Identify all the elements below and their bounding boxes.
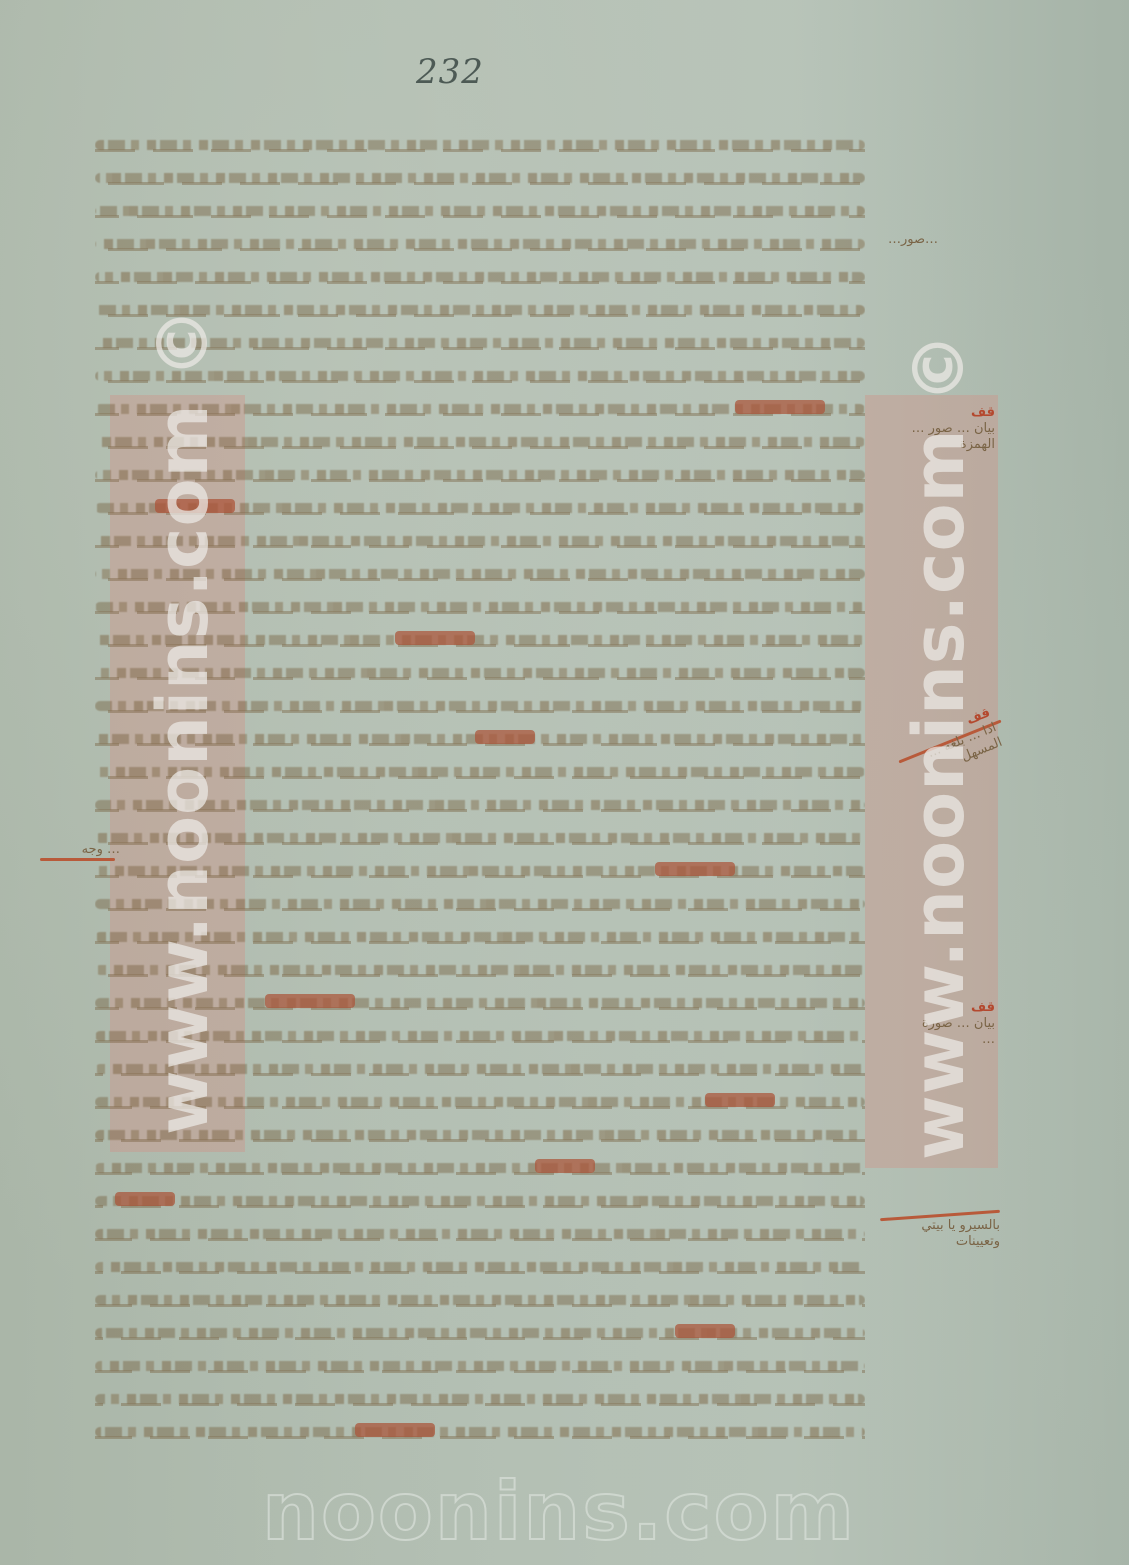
margin-note-text: بالسيرو يا بيتي وتعيينات [885,1218,1000,1250]
watermark-left: www.noonins.com © [142,307,224,1135]
manuscript-line [95,128,865,161]
manuscript-line [95,227,865,260]
margin-stroke [40,858,115,861]
manuscript-line [95,1283,865,1316]
margin-note-text: …صور… [888,232,938,247]
watermark-right: www.noonins.com © [898,332,980,1160]
manuscript-line [95,1349,865,1382]
rubricated-word [705,1093,775,1107]
rubricated-word [735,400,825,414]
rubricated-word [265,994,355,1008]
rubricated-word [395,631,475,645]
margin-note-1: …صور… [888,232,938,248]
manuscript-line [95,1316,865,1349]
rubricated-word [355,1423,435,1437]
manuscript-line [95,194,865,227]
manuscript-line [95,161,865,194]
manuscript-line [95,1382,865,1415]
rubricated-word [115,1192,175,1206]
rubricated-word [675,1324,735,1338]
manuscript-line [95,1250,865,1283]
manuscript-line [95,1151,865,1184]
rubricated-word [475,730,535,744]
margin-note-text: … وجه [82,842,120,857]
rubricated-word [535,1159,595,1173]
page-number: 232 [416,52,484,92]
rubricated-word [655,862,735,876]
manuscript-line [95,1415,865,1448]
watermark-bottom: noonins.com [262,1465,856,1558]
manuscript-line [95,260,865,293]
margin-note-6: … وجه [30,842,120,858]
margin-note-5: قف بالسيرو يا بيتي وتعيينات [885,1218,1000,1250]
manuscript-line [95,1184,865,1217]
manuscript-line [95,1217,865,1250]
